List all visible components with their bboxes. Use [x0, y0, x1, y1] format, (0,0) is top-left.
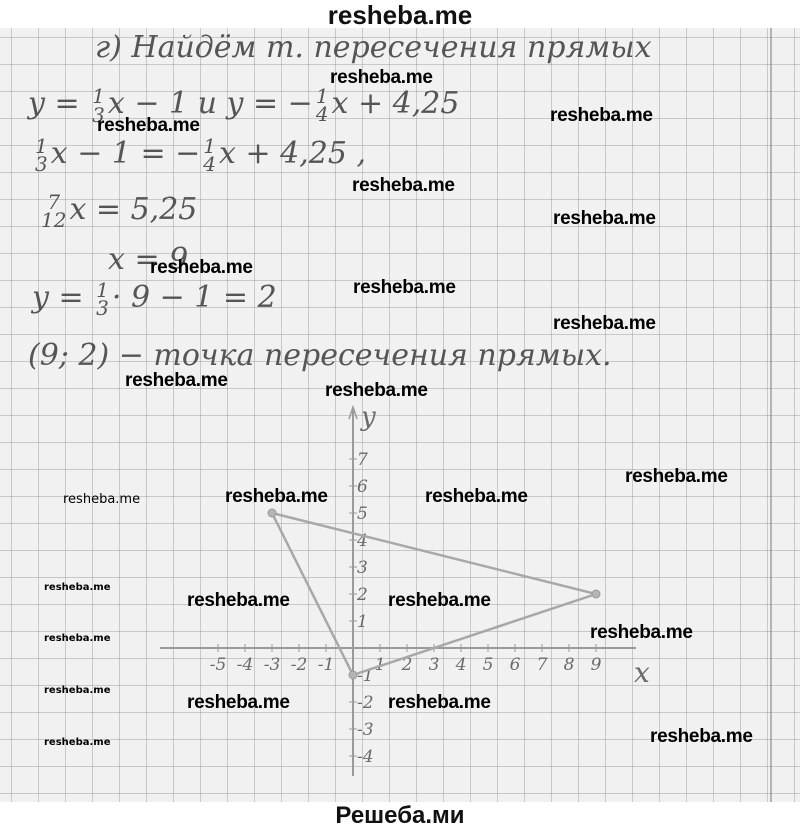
watermark: resheba.me [44, 633, 110, 644]
y-tick-label: -2 [357, 693, 374, 713]
watermark: resheba.me [44, 737, 110, 748]
watermark: resheba.me [553, 208, 656, 230]
watermark: resheba.me [44, 685, 110, 696]
x-tick-label: -5 [210, 655, 227, 675]
y-axis-label: y [360, 402, 376, 432]
watermark: resheba.me [97, 115, 200, 137]
watermark: resheba.me [187, 692, 290, 714]
x-tick-label: -2 [291, 655, 308, 675]
y-tick-label: -4 [357, 747, 374, 767]
y-tick-label: 7 [357, 450, 368, 470]
watermark: resheba.me [125, 370, 228, 392]
watermark: resheba.me [352, 175, 455, 197]
watermark: resheba.me [388, 590, 491, 612]
x-tick-label: 4 [455, 655, 467, 675]
x-tick-label: 5 [483, 655, 494, 675]
watermark: resheba.me [330, 67, 433, 89]
watermark: resheba.me [225, 486, 328, 508]
x-tick-label: -4 [237, 655, 254, 675]
x-tick-label: 7 [537, 655, 548, 675]
watermark: resheba.me [187, 590, 290, 612]
watermark: resheba.me [325, 380, 428, 402]
y-tick-label: -3 [357, 720, 374, 740]
watermark: resheba.me [553, 313, 656, 335]
x-axis-label: x [634, 656, 650, 689]
watermark: resheba.me [44, 582, 110, 593]
vertex-point [268, 509, 276, 517]
vertex-point [592, 590, 600, 598]
watermark: resheba.me [650, 726, 753, 748]
x-tick-label: 3 [429, 655, 440, 675]
watermark: resheba.me [425, 486, 528, 508]
x-tick-label: 6 [510, 655, 521, 675]
site-brand-footer: Решеба.ми [0, 802, 800, 832]
watermark: resheba.me [550, 105, 653, 127]
watermark: resheba.me [590, 622, 693, 644]
x-tick-label: 8 [564, 655, 575, 675]
y-tick-label: 5 [357, 504, 368, 524]
y-tick-label: 3 [357, 558, 368, 578]
y-tick-label: 1 [357, 612, 368, 632]
watermark: resheba.me [388, 692, 491, 714]
y-tick-label: 2 [356, 585, 368, 605]
watermark: resheba.me [625, 466, 728, 488]
x-tick-label: -1 [318, 655, 335, 675]
watermark: resheba.me [150, 257, 253, 279]
watermark: resheba.me [353, 277, 456, 299]
x-tick-label: -3 [264, 655, 281, 675]
x-tick-label: 9 [591, 655, 602, 675]
watermark: resheba.me [63, 492, 140, 507]
vertex-point [349, 671, 357, 679]
y-tick-label: 6 [357, 477, 368, 497]
